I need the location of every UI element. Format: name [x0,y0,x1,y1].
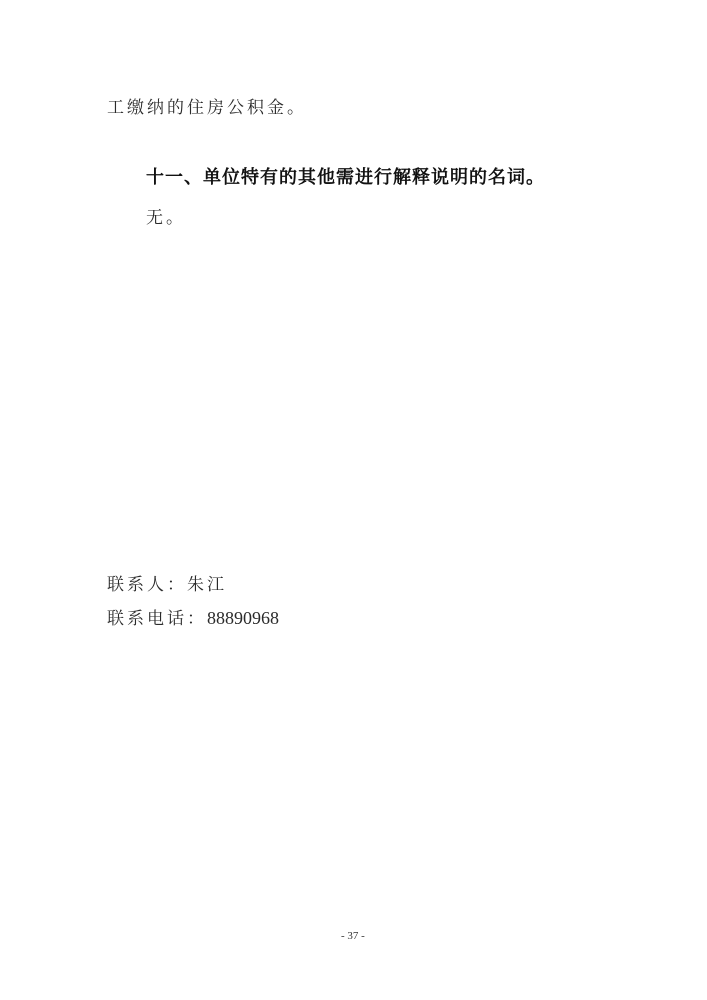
contact-phone-number: 88890968 [207,608,279,628]
page-number: - 37 - [341,930,365,942]
contact-phone-label: 联系电话： [107,609,207,629]
continued-paragraph: 工缴纳的住房公积金。 [107,93,307,118]
section-heading: 十一、单位特有的其他需进行解释说明的名词。 [146,163,545,189]
contact-person-name: 朱江 [187,575,227,595]
contact-person: 联系人：朱江 [107,570,227,595]
contact-phone: 联系电话：88890968 [107,604,279,629]
section-body: 无。 [146,203,186,228]
contact-person-label: 联系人： [107,575,187,595]
